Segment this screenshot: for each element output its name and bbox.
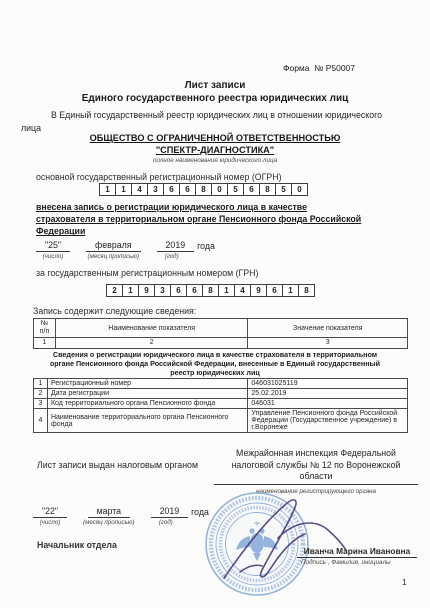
- record-statement: внесена запись о регистрации юридическог…: [36, 201, 402, 238]
- details-table: 1 Регистрационный номер 046031025119 2 Д…: [33, 378, 408, 433]
- contents-numbering-row: 1 2 3: [34, 338, 408, 349]
- detail-name: Регистрационный номер: [47, 379, 247, 389]
- issue-date-year: 2019 года (год): [151, 506, 209, 526]
- grn-digit-cell: 9: [138, 284, 155, 297]
- header-cell-num: № п/п: [34, 319, 56, 338]
- grn-digit-cell: 9: [250, 284, 267, 297]
- signatory-name: Иванча Марина Ивановна: [297, 546, 417, 558]
- issue-date-day-label: (число): [40, 519, 61, 526]
- grn-digit-cell: 6: [170, 284, 187, 297]
- grn-digit-cell: 4: [234, 284, 251, 297]
- record-date-day-value: "25": [36, 240, 70, 252]
- detail-num: 2: [34, 389, 48, 399]
- ogrn-digit-cell: 6: [243, 183, 260, 196]
- ogrn-digit-cell: 6: [163, 183, 180, 196]
- intro-line1: В Единый государственный реестр юридичес…: [21, 109, 414, 122]
- company-name-block: ОБЩЕСТВО С ОГРАНИЧЕННОЙ ОТВЕТСТВЕННОСТЬЮ…: [0, 132, 430, 165]
- ogrn-digit-boxes: 1 1 4 3 6 6 8 0 5 6 8 5 0: [99, 183, 308, 196]
- signatory-position: Начальник отдела: [37, 540, 117, 550]
- company-name-line1: ОБЩЕСТВО С ОГРАНИЧЕННОЙ ОТВЕТСТВЕННОСТЬЮ: [0, 132, 430, 144]
- grn-digit-cell: 6: [186, 284, 203, 297]
- registering-authority-name: Межрайонная инспекция Федеральной налого…: [214, 448, 418, 485]
- detail-row: 1 Регистрационный номер 046031025119: [34, 379, 408, 389]
- detail-value: Управление Пенсионного фонда Российской …: [248, 409, 408, 433]
- record-date-year-value: 2019: [157, 240, 195, 252]
- numbering-cell: 2: [55, 338, 247, 349]
- record-statement-line: внесена запись о регистрации юридическог…: [36, 201, 402, 213]
- record-date-month-value: февраля: [86, 240, 141, 252]
- detail-num: 3: [34, 399, 48, 409]
- signature-autograph: [210, 492, 350, 594]
- issue-date-year-label: (год): [159, 519, 173, 526]
- record-date-year-suffix: года: [194, 241, 215, 252]
- numbering-cell: 1: [34, 338, 56, 349]
- issue-date-year-suffix: года: [188, 507, 209, 518]
- ogrn-digit-cell: 5: [227, 183, 244, 196]
- details-section-title: Сведения о регистрации юридического лица…: [40, 350, 390, 377]
- detail-value: 046031: [248, 399, 408, 409]
- record-date-month-label: (месяц прописью): [88, 253, 140, 260]
- record-date-year: 2019 года (год): [157, 240, 215, 260]
- contents-intro: Запись содержит следующие сведения:: [33, 306, 196, 316]
- detail-name: Наименование территориального органа Пен…: [47, 409, 247, 433]
- record-date-year-label: (год): [165, 253, 179, 260]
- issue-date-day: "22" (число): [33, 506, 67, 526]
- detail-row: 3 Код территориального органа Пенсионног…: [34, 399, 408, 409]
- detail-row: 4 Наименование территориального органа П…: [34, 409, 408, 433]
- page-number: 1: [402, 577, 407, 587]
- signature-block: Иванча Марина Ивановна Подпись , Фамилия…: [297, 546, 417, 566]
- header-cell-name: Наименование показателя: [55, 319, 247, 338]
- grn-digit-cell: 1: [282, 284, 299, 297]
- ogrn-label: основной государственный регистрационный…: [36, 172, 282, 182]
- detail-value: 25.02.2019: [248, 389, 408, 399]
- detail-num: 4: [34, 409, 48, 433]
- record-date-month: февраля (месяц прописью): [86, 240, 141, 260]
- grn-digit-cell: 8: [202, 284, 219, 297]
- detail-name: Код территориального органа Пенсионного …: [47, 399, 247, 409]
- grn-digit-cell: 1: [218, 284, 235, 297]
- grn-digit-cell: 6: [266, 284, 283, 297]
- ogrn-digit-cell: 8: [259, 183, 276, 196]
- ogrn-digit-cell: 4: [131, 183, 148, 196]
- ogrn-digit-cell: 3: [147, 183, 164, 196]
- record-date-day: "25" (число): [36, 240, 70, 260]
- header-cell-value: Значение показателя: [248, 319, 408, 338]
- document-title-line2: Единого государственного реестра юридиче…: [0, 92, 430, 105]
- company-name-caption: полное наименование юридического лица: [0, 156, 430, 165]
- detail-name: Дата регистрации: [47, 389, 247, 399]
- numbering-cell: 3: [248, 338, 408, 349]
- detail-row: 2 Дата регистрации 25.02.2019: [34, 389, 408, 399]
- ogrn-digit-cell: 0: [291, 183, 308, 196]
- detail-value: 046031025119: [248, 379, 408, 389]
- intro-paragraph: В Единый государственный реестр юридичес…: [21, 109, 414, 134]
- contents-header-row: № п/п Наименование показателя Значение п…: [34, 319, 408, 338]
- signature-caption: Подпись , Фамилия, инициалы: [297, 559, 417, 566]
- grn-digit-cell: 2: [106, 284, 123, 297]
- document-title-line1: Лист записи: [0, 79, 430, 92]
- grn-digit-cell: 3: [154, 284, 171, 297]
- issue-date-day-value: "22": [33, 506, 67, 518]
- grn-digit-boxes: 2 1 9 3 6 6 8 1 4 9 6 1 8: [106, 284, 315, 297]
- record-date-day-label: (число): [43, 253, 64, 260]
- grn-digit-cell: 8: [298, 284, 315, 297]
- document-title: Лист записи Единого государственного рее…: [0, 79, 430, 105]
- ogrn-digit-cell: 0: [211, 183, 228, 196]
- ogrn-digit-cell: 1: [99, 183, 116, 196]
- record-statement-line: Федерации: [36, 225, 402, 237]
- ogrn-digit-cell: 8: [195, 183, 212, 196]
- detail-num: 1: [34, 379, 48, 389]
- issue-date-month: марта (месяц прописью): [83, 506, 135, 526]
- ogrn-digit-cell: 1: [115, 183, 132, 196]
- record-statement-line: страхователя в территориальном органе Пе…: [36, 213, 402, 225]
- issue-date-month-value: марта: [88, 506, 130, 518]
- company-name-line2: "СПЕКТР-ДИАГНОСТИКА": [0, 144, 430, 156]
- ogrn-digit-cell: 5: [275, 183, 292, 196]
- document-page: Форма № Р50007 Лист записи Единого госуд…: [0, 0, 430, 608]
- grn-digit-cell: 1: [122, 284, 139, 297]
- issuance-label: Лист записи выдан налоговым органом: [37, 460, 198, 472]
- record-date-row: "25" (число) февраля (месяц прописью) 20…: [36, 240, 215, 260]
- form-number-label: Форма № Р50007: [283, 63, 355, 73]
- grn-label: за государственным регистрационным номер…: [36, 268, 258, 278]
- issue-date-year-value: 2019: [151, 506, 189, 518]
- issue-date-row: "22" (число) марта (месяц прописью) 2019…: [33, 506, 209, 526]
- ogrn-digit-cell: 6: [179, 183, 196, 196]
- contents-header-table: № п/п Наименование показателя Значение п…: [33, 318, 408, 349]
- issue-date-month-label: (месяц прописью): [83, 519, 135, 526]
